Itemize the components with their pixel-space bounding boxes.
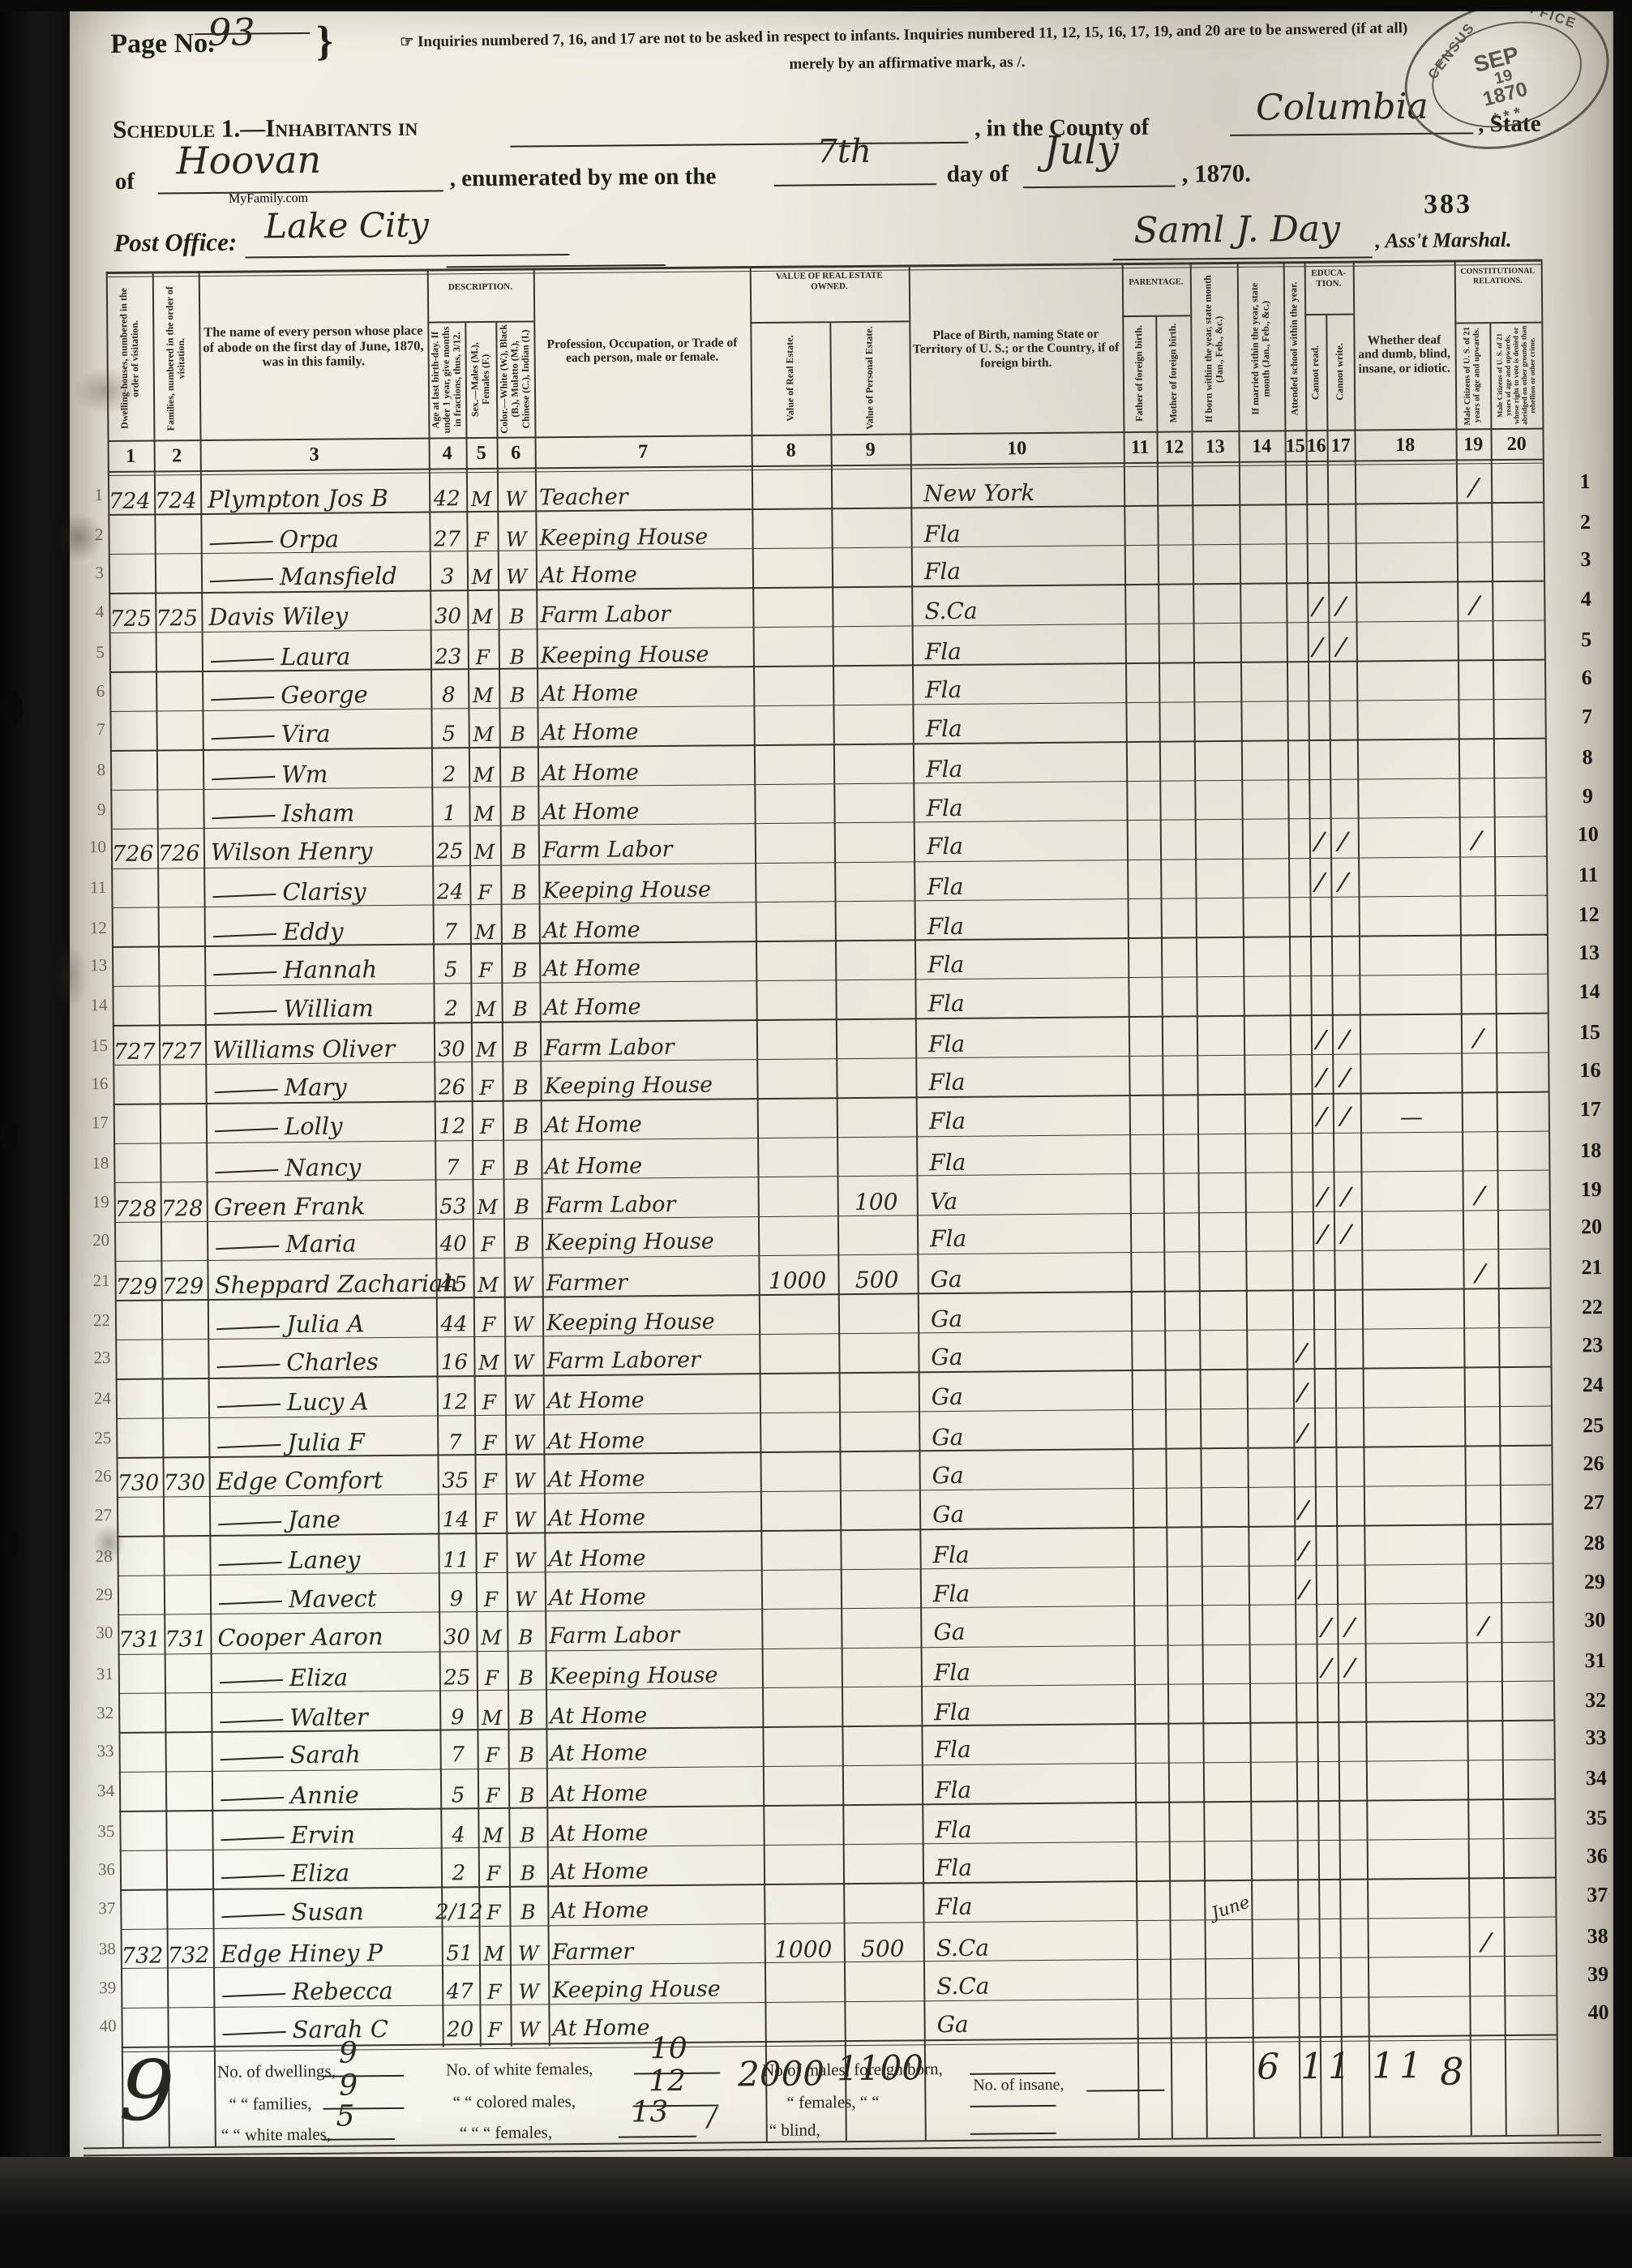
male-citizen-tick <box>1467 1799 1505 1841</box>
sex-value: M <box>469 787 498 826</box>
grid-line-h <box>427 320 533 323</box>
sex-value: F <box>478 1651 506 1691</box>
color-value: B <box>499 668 535 708</box>
age-value: 42 <box>429 472 465 512</box>
colored-males-label: “ “ colored males, <box>452 2091 576 2112</box>
occupation-value: At Home <box>550 1807 761 1848</box>
real-estate-value <box>758 1058 833 1099</box>
ditto-dash <box>212 815 276 819</box>
row-number-right: 20 <box>1572 1207 1611 1247</box>
birth-month-value <box>1197 1480 1253 1532</box>
age-value: 12 <box>435 1100 470 1139</box>
male-citizen-tick <box>1463 1405 1501 1448</box>
age-value: 23 <box>430 630 466 670</box>
personal-estate-value <box>840 1331 915 1372</box>
age-value: 16 <box>436 1336 472 1375</box>
signature-underline <box>1113 256 1373 260</box>
color-value: B <box>501 824 537 864</box>
cannot-write-tick: / <box>1330 1053 1360 1095</box>
personal-estate-value <box>838 1137 913 1177</box>
infirmity-mark <box>1364 1171 1459 1211</box>
age-value: 7 <box>439 1728 475 1768</box>
row-number-right: 7 <box>1567 697 1606 737</box>
ditto-dash <box>215 1128 278 1132</box>
real-estate-value <box>756 744 830 785</box>
personal-estate-value <box>843 1725 918 1765</box>
birthplace-value: Fla <box>934 1685 1132 1726</box>
row-number-left: 36 <box>81 1850 115 1889</box>
brace-glyph: } <box>316 18 333 66</box>
row-number-left: 4 <box>70 593 104 632</box>
age-value: 5 <box>433 943 469 983</box>
column-number-5: 5 <box>466 439 497 467</box>
row-number-left: 34 <box>80 1772 114 1811</box>
column-header-7: Profession, Occupation, or Trade of each… <box>537 311 747 390</box>
age-value: 1 <box>431 787 467 826</box>
person-name-cell: Davis Wiley <box>208 590 429 631</box>
age-value: 12 <box>437 1375 473 1415</box>
occupation-value: Keeping House <box>544 1059 755 1100</box>
family-number <box>156 632 200 672</box>
person-name: Mavect <box>289 1584 377 1613</box>
occupation-value: At Home <box>547 1373 758 1414</box>
sex-value: M <box>468 590 496 629</box>
family-number <box>161 1143 204 1183</box>
white-females-label: No. of white females, <box>446 2059 593 2081</box>
ditto-dash <box>217 1444 281 1448</box>
group-header-description: DESCRIPTION. <box>427 281 533 293</box>
birthplace-value: Ga <box>936 1997 1134 2039</box>
real-estate-value <box>753 509 828 550</box>
occupation-value: At Home <box>543 941 754 982</box>
sex-value: F <box>476 1533 504 1573</box>
age-value: 7 <box>437 1416 473 1456</box>
person-name: Laney <box>288 1546 360 1575</box>
dwelling-number <box>110 671 154 711</box>
column-header-19: Male Citizens of U. S. of 21 years of ag… <box>1454 325 1490 426</box>
person-name-cell: Laura <box>209 631 430 672</box>
grid-line-h <box>1304 314 1353 315</box>
person-name-cell: Sarah <box>218 1729 439 1770</box>
color-value: B <box>510 1846 546 1886</box>
sex-value: F <box>480 1965 508 2004</box>
cannot-write-tick <box>1328 778 1358 821</box>
birthplace-value: Fla <box>936 1841 1133 1882</box>
ditto-dash <box>223 2031 286 2035</box>
dwelling-number: 730 <box>117 1456 161 1496</box>
cannot-write-tick: / <box>1326 581 1356 623</box>
infirmity-mark <box>1363 1053 1459 1093</box>
dwelling-number <box>118 1537 161 1576</box>
row-number-left: 35 <box>80 1811 114 1851</box>
personal-estate-value <box>837 979 911 1019</box>
inquiries-note-line2: merely by an affirmative mark, as /. <box>789 54 1025 74</box>
person-name-cell: Lucy A <box>216 1376 436 1417</box>
page-content: Page No. 93 } ☞ Inquiries numbered 7, 16… <box>0 0 1632 2268</box>
birthplace-value: Fla <box>932 1528 1130 1569</box>
person-name-cell: George <box>209 669 430 710</box>
cannot-write-tick <box>1327 659 1357 701</box>
month-value: July <box>1043 127 1119 174</box>
family-number <box>167 1888 211 1927</box>
cannot-write-tick <box>1326 504 1356 546</box>
family-number <box>164 1495 208 1535</box>
birthplace-value: Fla <box>927 899 1125 941</box>
row-number-left: 31 <box>79 1654 114 1694</box>
infirmity-mark <box>1365 1327 1461 1367</box>
dwelling-number <box>113 985 156 1025</box>
occupation-value: At Home <box>551 1844 762 1885</box>
dwelling-number: 724 <box>109 475 152 515</box>
dwelling-number <box>114 1064 157 1104</box>
row-number-left: 24 <box>77 1378 111 1418</box>
person-name-cell: Julia F <box>216 1417 436 1458</box>
person-name-cell: Edge Hiney P <box>221 1927 441 1968</box>
column-number-9: 9 <box>831 435 910 464</box>
row-number-right: 23 <box>1573 1326 1612 1366</box>
column-number-19: 19 <box>1455 431 1490 458</box>
cannot-write-tick: / <box>1332 1209 1362 1251</box>
occupation-value: At Home <box>543 902 754 944</box>
blind-label: “ blind, <box>769 2120 820 2141</box>
families-value: 9 <box>339 2069 358 2102</box>
row-number-right: 11 <box>1569 855 1608 895</box>
person-name-cell: Susan <box>220 1886 440 1927</box>
person-name: Davis Wiley <box>208 602 348 630</box>
personal-estate-value <box>837 901 911 941</box>
row-number-left: 14 <box>73 985 107 1025</box>
sex-value: F <box>474 1297 503 1337</box>
person-name: Lucy A <box>287 1387 369 1416</box>
ditto-dash <box>219 1601 282 1605</box>
person-name: Edge Hiney P <box>221 1939 383 1968</box>
dwelling-number <box>116 1338 160 1378</box>
age-value: 35 <box>437 1454 473 1494</box>
infirmity-mark <box>1369 1643 1464 1683</box>
dwelling-number: 732 <box>122 1929 165 1969</box>
cannot-write-tick: / <box>1335 1642 1365 1684</box>
column-header-11: Father of foreign birth. <box>1122 319 1156 429</box>
females-foreign-label: “ females, “ “ <box>786 2092 879 2113</box>
row-number-right: 17 <box>1571 1090 1610 1130</box>
birthplace-value: Fla <box>935 1803 1133 1845</box>
dwelling-number <box>119 1731 163 1771</box>
row-number-right: 33 <box>1576 1718 1615 1758</box>
column-header-5: Sex.—Males (M.), Females (F.) <box>465 324 496 435</box>
row-number-right: 34 <box>1577 1759 1616 1799</box>
family-number: 726 <box>158 827 202 867</box>
birth-month-value <box>1194 1205 1250 1257</box>
person-name-cell: Isham <box>210 787 430 829</box>
row-number-left: 10 <box>72 828 106 868</box>
column-number-6: 6 <box>497 439 535 466</box>
row-number-left: 15 <box>74 1027 108 1066</box>
person-name-cell: Mary <box>212 1061 433 1103</box>
male-citizen-tick <box>1468 1955 1506 1998</box>
ditto-dash <box>218 1521 281 1525</box>
family-number <box>162 1300 206 1340</box>
row-number-right: 4 <box>1566 580 1605 620</box>
row-number-left: 30 <box>79 1614 113 1653</box>
family-number: 727 <box>160 1026 203 1065</box>
birth-month-value <box>1198 1716 1254 1768</box>
person-name: Laura <box>281 642 351 671</box>
post-office-value: Lake City <box>264 205 429 247</box>
education-column-totals: 6 11 11 <box>1257 2045 1427 2088</box>
dwelling-number <box>111 790 155 830</box>
personal-estate-value <box>842 1568 917 1609</box>
color-value: B <box>499 706 535 746</box>
birthplace-value: Ga <box>932 1370 1129 1411</box>
infirmity-mark <box>1360 698 1455 739</box>
cannot-write-tick: / <box>1329 856 1359 898</box>
dwelling-number: 725 <box>109 592 153 632</box>
column-header-17: Cannot write. <box>1326 317 1354 427</box>
male-citizen-tick: / <box>1461 1169 1499 1212</box>
color-value: W <box>505 1297 541 1337</box>
person-name-cell: Eliza <box>220 1847 440 1889</box>
cannot-write-tick <box>1334 1407 1364 1449</box>
infirmity-mark <box>1370 1918 1466 1958</box>
cannot-write-tick <box>1337 1760 1367 1802</box>
cannot-write-tick <box>1338 1877 1368 1919</box>
ditto-dash <box>212 894 276 898</box>
sex-value: M <box>469 668 497 708</box>
personal-estate-value: 100 <box>838 1176 913 1216</box>
column-header-20: Male Citizens of U. S. of 21 years of ag… <box>1489 325 1542 427</box>
person-name: Cooper Aaron <box>217 1623 383 1652</box>
sex-value: F <box>473 1140 501 1180</box>
column-number-3: 3 <box>200 440 429 469</box>
dwelling-number <box>117 1378 161 1418</box>
dwelling-number: 727 <box>114 1026 157 1065</box>
infirmity-mark <box>1371 1957 1467 1997</box>
person-name-cell: Edge Comfort <box>216 1454 436 1495</box>
color-value: W <box>498 471 533 511</box>
personal-estate-value <box>846 2000 920 2040</box>
personal-estate-value <box>835 744 910 784</box>
ditto-dash <box>211 658 274 662</box>
row-number-right: 1 <box>1566 462 1604 502</box>
person-name-cell: Vira <box>209 707 430 748</box>
row-number-left: 40 <box>82 2006 116 2046</box>
sex-value: M <box>471 982 499 1022</box>
age-value: 20 <box>442 2004 478 2043</box>
male-citizen-tick <box>1459 894 1497 937</box>
color-value: W <box>507 1492 542 1532</box>
dwelling-number <box>118 1495 161 1535</box>
real-estate-value <box>755 665 829 705</box>
person-name-cell: Laney <box>216 1534 437 1576</box>
male-citizen-tick: / <box>1467 1916 1506 1959</box>
person-name-cell: Sarah C <box>221 2004 441 2045</box>
colored-females-underline <box>619 2136 696 2138</box>
occupation-value: Farmer <box>552 1924 763 1966</box>
age-value: 30 <box>434 1023 469 1063</box>
personal-estate-value <box>841 1371 915 1412</box>
row-number-left: 37 <box>81 1889 115 1928</box>
color-value: B <box>509 1808 545 1848</box>
personal-estate-value <box>833 585 908 626</box>
dwelling-number <box>120 1811 164 1851</box>
real-estate-value <box>754 547 829 587</box>
occupation-value: Farm Labor <box>545 1177 756 1219</box>
occupation-value: At Home <box>550 1766 761 1807</box>
cannot-write-tick <box>1334 1524 1364 1567</box>
enumerated-text: , enumerated by me on the <box>450 163 717 192</box>
row-number-left: 12 <box>73 908 107 948</box>
row-number-left: 26 <box>77 1457 111 1497</box>
row-number-left: 39 <box>82 1968 116 2008</box>
ditto-dash <box>222 1993 285 1997</box>
sex-value: F <box>475 1375 503 1415</box>
personal-estate-value <box>842 1489 916 1529</box>
age-value: 7 <box>435 1141 470 1181</box>
row-number-left: 27 <box>78 1496 112 1536</box>
age-value: 53 <box>435 1180 470 1220</box>
infirmity-mark <box>1368 1601 1463 1642</box>
infirmity-mark <box>1361 816 1457 856</box>
ditto-dash <box>211 697 274 701</box>
sex-value: F <box>478 1768 507 1807</box>
person-name: Plympton Jos B <box>208 484 388 513</box>
row-number-left: 16 <box>74 1065 108 1104</box>
age-value: 7 <box>433 905 469 945</box>
column-number-2: 2 <box>154 442 200 469</box>
marshal-signature: Saml J. Day <box>1133 208 1340 251</box>
person-name-cell: Williams Oliver <box>212 1023 433 1065</box>
birthplace-value: Fla <box>927 860 1124 901</box>
color-value: B <box>503 1023 538 1062</box>
person-name: Charles <box>286 1348 379 1376</box>
dwelling-number <box>119 1654 163 1694</box>
person-name-cell: Walter <box>218 1691 439 1732</box>
white-males-underline <box>322 2138 395 2141</box>
infirmity-mark <box>1360 660 1455 701</box>
color-value: B <box>499 629 535 669</box>
sex-value: F <box>479 1885 508 1925</box>
male-citizen-tick <box>1465 1640 1503 1683</box>
dwelling-number <box>112 868 156 907</box>
person-name-cell: Lolly <box>213 1100 434 1142</box>
real-estate-value <box>755 627 829 667</box>
male-citizen-tick: / <box>1460 1013 1498 1056</box>
color-value: W <box>498 512 533 551</box>
male-citizen-tick <box>1455 502 1493 545</box>
real-estate-value <box>766 1961 841 2002</box>
row-number-left: 33 <box>79 1731 114 1771</box>
color-value: B <box>503 1061 538 1100</box>
row-number-left: 28 <box>78 1537 112 1576</box>
family-number <box>165 1693 209 1733</box>
family-number <box>161 1220 205 1259</box>
person-name-cell: Wilson Henry <box>211 825 431 866</box>
group-header-education: EDUCA- TION. <box>1304 268 1353 289</box>
post-office-underline <box>246 254 570 258</box>
birthplace-value: Fla <box>928 1056 1126 1097</box>
person-name-cell: Orpa <box>208 512 428 554</box>
occupation-value: At Home <box>541 666 752 707</box>
personal-estate-value <box>844 1764 919 1805</box>
sex-value: F <box>470 865 499 905</box>
occupation-value: Teacher <box>539 469 750 511</box>
color-value: W <box>511 2003 546 2043</box>
person-name: Clarisy <box>282 877 366 906</box>
family-number: 730 <box>163 1456 207 1496</box>
group-header-constitutional-1: CONSTITUTIONAL <box>1460 267 1535 277</box>
personal-estate-value <box>837 939 911 980</box>
male-citizen-tick <box>1467 1837 1506 1880</box>
real-estate-value <box>763 1569 837 1610</box>
binding-blob <box>2 691 23 727</box>
male-citizen-tick <box>1464 1482 1502 1525</box>
cannot-write-tick <box>1326 463 1356 505</box>
person-name-cell: Charles <box>215 1336 435 1377</box>
age-value: 25 <box>432 825 468 864</box>
census-office-stamp: CENSUS OFFICE SEP 19 1870 * * * <box>1388 0 1625 170</box>
males-foreign-underline <box>970 2073 1056 2075</box>
age-value: 47 <box>442 1965 478 2004</box>
row-number-right: 12 <box>1569 895 1608 935</box>
column-number-12: 12 <box>1156 433 1191 461</box>
personal-estate-value <box>841 1412 915 1452</box>
personal-estate-value: 500 <box>839 1254 914 1295</box>
personal-estate-value <box>836 821 910 861</box>
personal-estate-value <box>839 1214 914 1254</box>
real-estate-value: 1000 <box>760 1255 834 1296</box>
row-number-right: 26 <box>1574 1444 1613 1484</box>
occupation-value: Keeping House <box>542 863 753 904</box>
stray-mark: / <box>707 2102 716 2133</box>
personal-estate-value <box>845 1843 919 1884</box>
person-name: Walter <box>289 1703 368 1731</box>
row-number-right: 32 <box>1576 1681 1615 1721</box>
personal-estate-value <box>833 547 908 587</box>
family-number <box>155 515 199 555</box>
male-citizen-tick <box>1466 1680 1504 1723</box>
sex-value: F <box>471 942 499 982</box>
family-number <box>161 1102 204 1142</box>
ditto-dash <box>216 1245 279 1250</box>
column-header-3: The name of every person whose place of … <box>202 307 425 387</box>
male-citizen-tick <box>1458 737 1496 780</box>
sheet-number: 383 <box>1424 189 1472 221</box>
families-label: “ “ families, <box>229 2094 311 2115</box>
color-value: W <box>506 1415 542 1455</box>
cannot-write-tick <box>1328 739 1358 781</box>
birth-month-value <box>1193 1087 1249 1139</box>
male-citizen-tick: / <box>1465 1600 1503 1643</box>
group-header-parentage: PARENTAGE. <box>1122 277 1190 288</box>
row-number-right: 6 <box>1567 658 1606 698</box>
age-value: 9 <box>439 1691 475 1730</box>
row-number-right: 14 <box>1570 972 1608 1012</box>
row-number-left: 38 <box>82 1930 116 1970</box>
cannot-write-tick: / <box>1331 1171 1361 1213</box>
inquiries-note-line1: ☞ Inquiries numbered 7, 16, and 17 are n… <box>400 17 1551 52</box>
infirmity-mark <box>1359 581 1454 621</box>
sex-value: M <box>469 706 497 746</box>
dwelling-number: 731 <box>118 1613 162 1653</box>
column-number-14: 14 <box>1238 432 1284 460</box>
birth-month-value <box>1197 1597 1253 1649</box>
birthplace-value: Fla <box>930 1211 1128 1253</box>
column-number-17: 17 <box>1326 432 1354 460</box>
birthplace-value: Fla <box>925 701 1123 743</box>
column-header-1: Dwelling-houses, numbered in the order o… <box>106 280 154 438</box>
row-number-right: 22 <box>1573 1288 1612 1327</box>
watermark: MyFamily.com <box>229 191 308 207</box>
